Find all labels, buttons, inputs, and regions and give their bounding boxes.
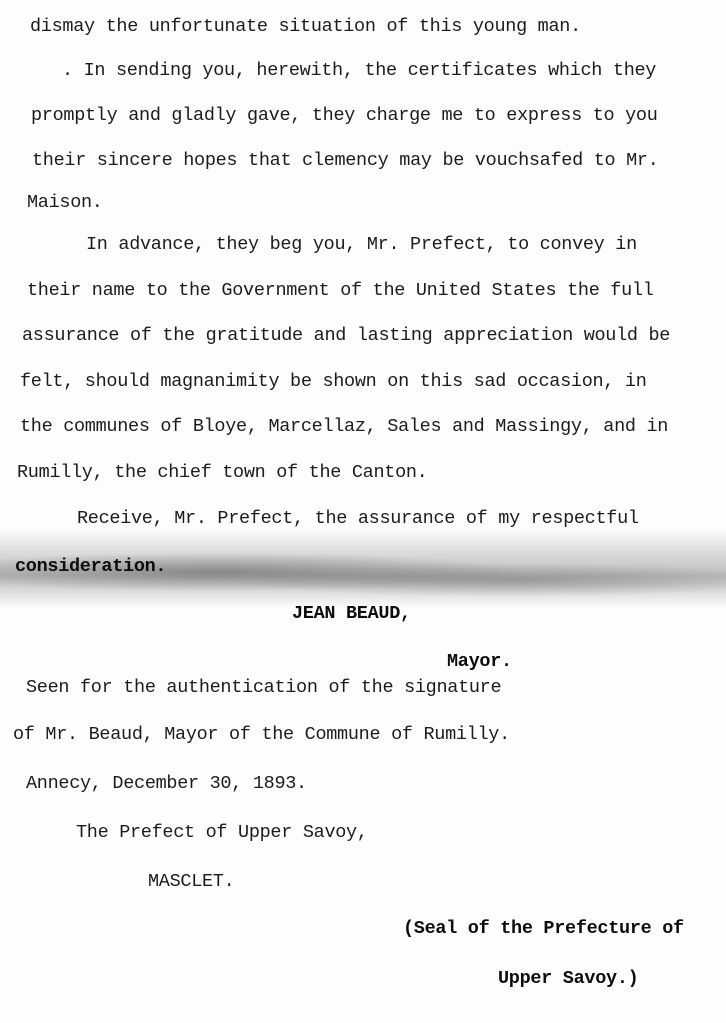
signature-title: Mayor. bbox=[447, 651, 512, 673]
official-title: The Prefect of Upper Savoy, bbox=[76, 822, 368, 844]
seal-note-line: Upper Savoy.) bbox=[498, 968, 638, 990]
authentication-line: of Mr. Beaud, Mayor of the Commune of Ru… bbox=[13, 724, 510, 746]
body-line: Rumilly, the chief town of the Canton. bbox=[17, 462, 427, 484]
seal-note-line: (Seal of the Prefecture of bbox=[403, 918, 684, 940]
body-line: the communes of Bloye, Marcellaz, Sales … bbox=[20, 416, 668, 438]
official-name: MASCLET. bbox=[148, 871, 234, 893]
signature-name: JEAN BEAUD, bbox=[292, 603, 411, 625]
place-date: Annecy, December 30, 1893. bbox=[26, 773, 307, 795]
body-line: In advance, they beg you, Mr. Prefect, t… bbox=[86, 234, 637, 256]
body-line: assurance of the gratitude and lasting a… bbox=[22, 325, 670, 347]
document-page: dismay the unfortunate situation of this… bbox=[0, 0, 726, 1023]
body-line: their sincere hopes that clemency may be… bbox=[32, 150, 659, 172]
body-line: Maison. bbox=[27, 192, 103, 214]
body-line: their name to the Government of the Unit… bbox=[27, 280, 654, 302]
body-line: consideration. bbox=[15, 556, 166, 578]
body-line: dismay the unfortunate situation of this… bbox=[30, 16, 581, 38]
body-line: . In sending you, herewith, the certific… bbox=[62, 60, 656, 82]
body-line: felt, should magnanimity be shown on thi… bbox=[20, 371, 647, 393]
body-line: promptly and gladly gave, they charge me… bbox=[31, 105, 658, 127]
body-line: Receive, Mr. Prefect, the assurance of m… bbox=[77, 508, 639, 530]
authentication-line: Seen for the authentication of the signa… bbox=[26, 677, 501, 699]
